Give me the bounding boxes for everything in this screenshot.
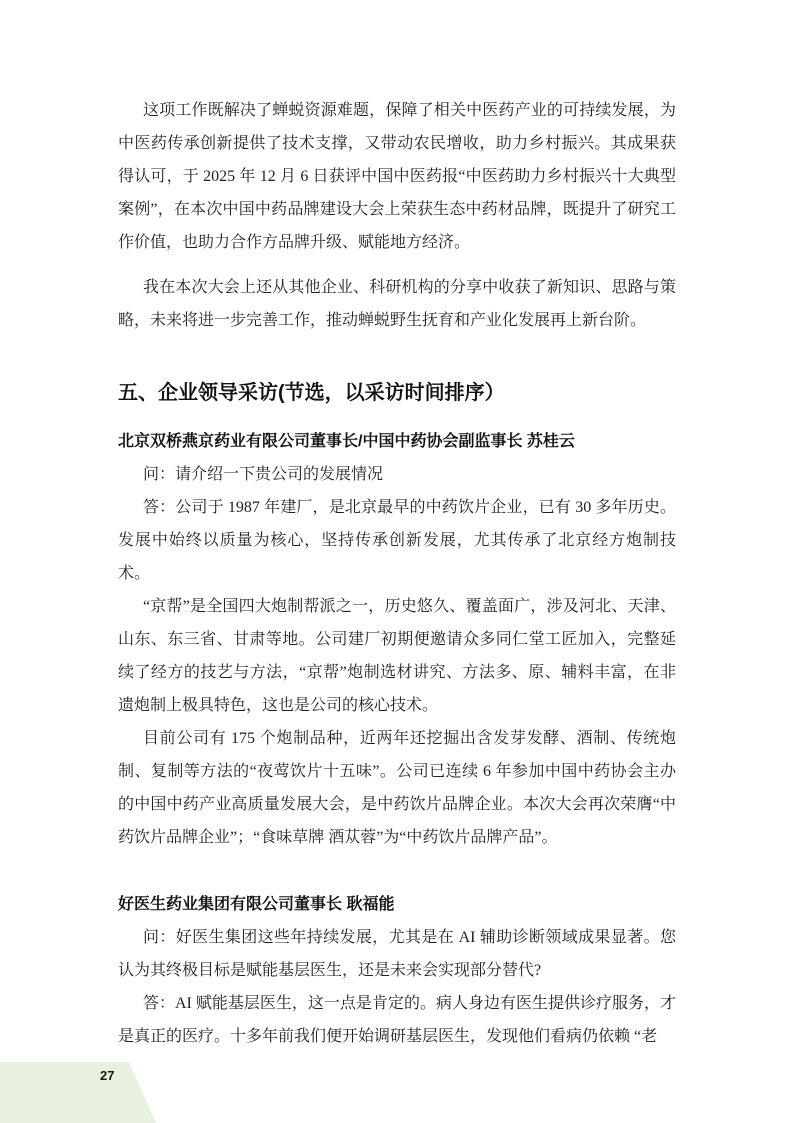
- interview-2-title: 好医生药业集团有限公司董事长 耿福能: [118, 888, 676, 921]
- interview-1-answer-2: “京帮”是全国四大炮制帮派之一，历史悠久、覆盖面广，涉及河北、天津、山东、东三省…: [118, 590, 676, 722]
- interview-1-question: 问：请介绍一下贵公司的发展情况: [118, 458, 676, 491]
- interview-2-answer-1: 答：AI 赋能基层医生，这一点是肯定的。病人身边有医生提供诊疗服务，才是真正的医…: [118, 987, 676, 1053]
- interview-1-title: 北京双桥燕京药业有限公司董事长/中国中药协会副监事长 苏桂云: [118, 425, 676, 458]
- paragraph-cicada-achievements: 这项工作既解决了蝉蜕资源难题，保障了相关中医药产业的可持续发展，为中医药传承创新…: [118, 94, 676, 259]
- paragraph-conference-takeaways: 我在本次大会上还从其他企业、科研机构的分享中收获了新知识、思路与策略，未来将进一…: [118, 271, 676, 337]
- page-number: 27: [100, 1068, 114, 1084]
- section-heading-interviews: 五、企业领导采访(节选，以采访时间排序）: [118, 373, 676, 413]
- page-content: 这项工作既解决了蝉蜕资源难题，保障了相关中医药产业的可持续发展，为中医药传承创新…: [118, 0, 676, 1053]
- interview-1-answer-1: 答：公司于 1987 年建厂，是北京最早的中药饮片企业，已有 30 多年历史。发…: [118, 491, 676, 590]
- interview-block-1: 北京双桥燕京药业有限公司董事长/中国中药协会副监事长 苏桂云 问：请介绍一下贵公…: [118, 425, 676, 854]
- interview-1-answer-3: 目前公司有 175 个炮制品种，近两年还挖掘出含发芽发酵、酒制、传统炮制、复制等…: [118, 722, 676, 854]
- interview-block-2: 好医生药业集团有限公司董事长 耿福能 问：好医生集团这些年持续发展，尤其是在 A…: [118, 888, 676, 1053]
- document-page: 这项工作既解决了蝉蜕资源难题，保障了相关中医药产业的可持续发展，为中医药传承创新…: [0, 0, 794, 1123]
- interview-2-question: 问：好医生集团这些年持续发展，尤其是在 AI 辅助诊断领域成果显著。您认为其终极…: [118, 921, 676, 987]
- footer-green-trapezoid: 27: [0, 1062, 156, 1123]
